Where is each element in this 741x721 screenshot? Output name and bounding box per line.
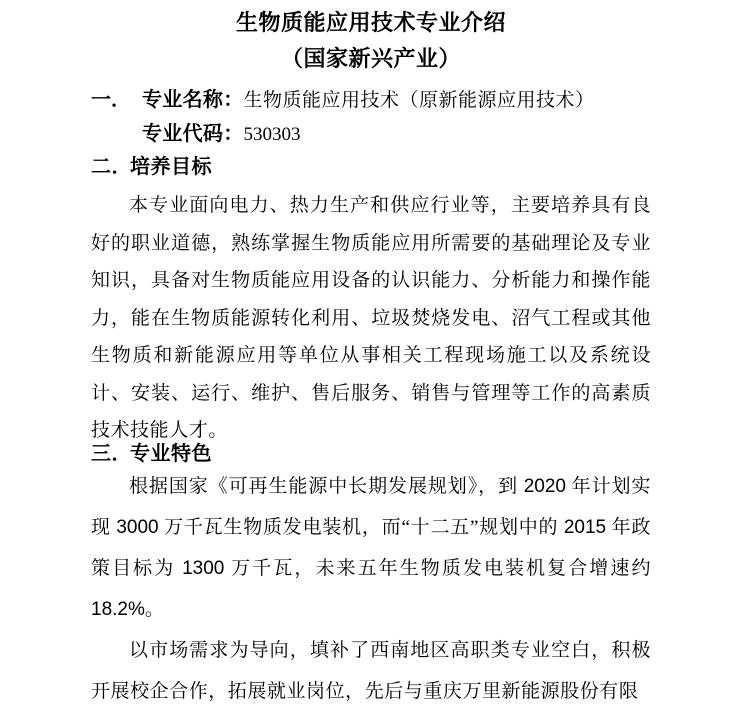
- document-title: 生物质能应用技术专业介绍: [91, 8, 651, 38]
- feature-paragraph-1: 根据国家《可再生能源中长期发展规划》，到 2020 年计划实现 3000 万千瓦…: [91, 466, 651, 630]
- feature-paragraph-2: 以市场需求为导向，填补了西南地区高职类专业空白，积极开展校企合作，拓展就业岗位，…: [91, 630, 651, 712]
- major-code-label: 专业代码：: [142, 123, 244, 145]
- document-subtitle: （国家新兴产业）: [91, 44, 651, 74]
- major-name-value: 生物质能应用技术（原新能源应用技术）: [244, 90, 595, 111]
- major-code-value: 530303: [244, 124, 301, 145]
- section-heading-feature: 三．专业特色: [91, 442, 651, 466]
- list-marker-two: 二．: [91, 155, 130, 179]
- section-heading-feature-text: 专业特色: [130, 443, 212, 465]
- major-name-label: 专业名称：: [142, 89, 244, 111]
- major-code-line: 专业代码：530303: [91, 122, 651, 147]
- list-marker-one: 一．: [91, 88, 142, 112]
- list-marker-three: 三．: [91, 442, 130, 466]
- section-heading-goal: 二．培养目标: [91, 155, 651, 179]
- document-page: 生物质能应用技术专业介绍 （国家新兴产业） 一．专业名称：生物质能应用技术（原新…: [0, 0, 741, 721]
- major-name-line: 一．专业名称：生物质能应用技术（原新能源应用技术）: [91, 88, 651, 113]
- section-heading-goal-text: 培养目标: [130, 156, 212, 178]
- goal-paragraph: 本专业面向电力、热力生产和供应行业等，主要培养具有良好的职业道德，熟练掌握生物质…: [91, 187, 651, 450]
